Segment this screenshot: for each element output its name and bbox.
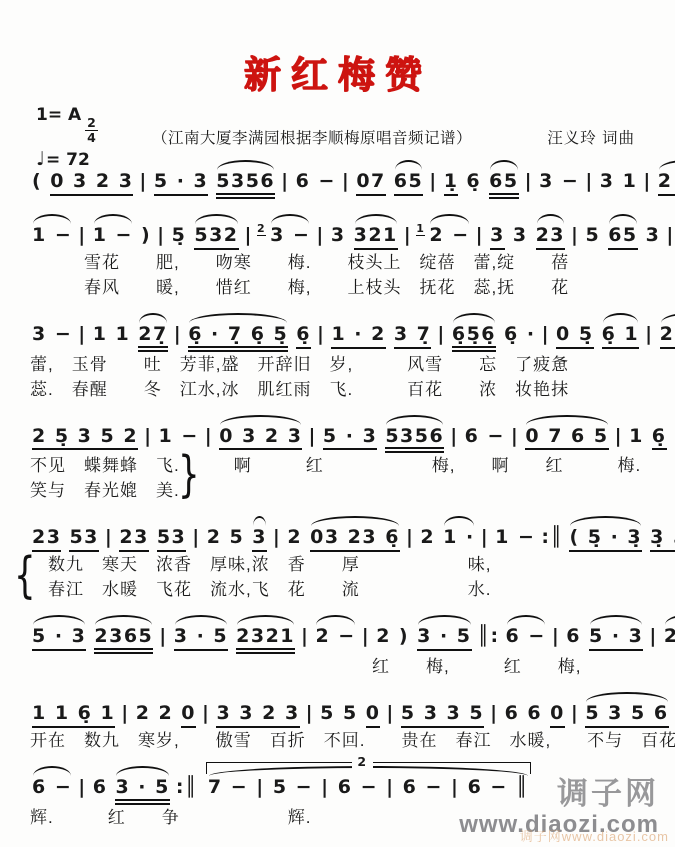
barline: :║ xyxy=(176,777,198,799)
lyric-line: 雪花 肥, 吻寒 梅. 枝头上 绽蓓 蕾,绽 蓓 xyxy=(30,250,667,275)
note-text: 3 · 5 xyxy=(115,777,169,805)
note-text: 3 − xyxy=(32,324,72,346)
slur-arc-icon xyxy=(355,214,397,224)
note-text: 27̣ xyxy=(138,324,167,352)
note-text: 3 xyxy=(331,225,346,247)
note-text: | xyxy=(406,527,414,549)
slur-arc-icon xyxy=(586,692,667,702)
note-text: 07 xyxy=(356,171,385,196)
note-group: 65 xyxy=(394,171,423,196)
note-text: 6̣ xyxy=(652,426,667,451)
slur-arc-icon xyxy=(430,214,468,224)
note-text: 532 xyxy=(194,225,238,250)
barline: | xyxy=(121,703,129,725)
note-group: 2 2 xyxy=(136,703,174,725)
note-group: ) xyxy=(141,225,151,247)
barline: | xyxy=(174,324,182,346)
barline: | xyxy=(525,171,533,193)
note-group: 53 xyxy=(69,527,98,552)
slur-arc-icon xyxy=(609,214,636,224)
slur-arc-icon xyxy=(570,516,641,526)
slur-arc-icon xyxy=(189,313,287,323)
note-text: 6̣5̣6̣ xyxy=(452,324,496,352)
note-group: 0 xyxy=(366,703,381,728)
note-text: 6 xyxy=(93,777,108,799)
note-text: | xyxy=(273,527,281,549)
note-group: 5356 xyxy=(216,171,275,199)
note-text: | xyxy=(437,324,445,346)
note-group: 532 xyxy=(194,225,238,250)
note-text: 6̣ xyxy=(296,324,311,349)
note-text: 1 − xyxy=(495,527,535,549)
note-group: 0 7 6 5 xyxy=(525,426,608,451)
music-system: 5 · 32365|3 · 52321|2 −|2)3 · 5║:6 −|65 … xyxy=(28,611,667,679)
note-group: 1 − xyxy=(32,225,72,247)
note-text: 2365 xyxy=(94,626,153,654)
note-group: 6 6 xyxy=(505,703,543,725)
note-text: 2 − xyxy=(664,626,675,648)
barline: | xyxy=(105,527,113,549)
note-text: | xyxy=(281,171,289,193)
note-text: | xyxy=(645,324,653,346)
note-text: 2 5̣ 3 5 2 xyxy=(32,426,138,451)
note-text: 3 7̣ xyxy=(394,324,432,349)
slur-arc-icon xyxy=(490,160,517,170)
slur-arc-icon xyxy=(453,313,495,323)
note-text: 3 xyxy=(252,527,267,552)
barline: ║: xyxy=(478,626,500,648)
lyric-line: 数九 寒天 浓香 厚味,浓 香 厚 味, xyxy=(30,552,667,577)
note-group: 0 xyxy=(181,703,196,728)
time-denominator: 4 xyxy=(85,131,98,145)
note-group: 6̣ xyxy=(466,171,481,193)
note-text: | xyxy=(552,626,560,648)
note-group: 27̣ xyxy=(138,324,167,352)
note-group: 2 · 3 xyxy=(660,324,675,349)
lyric-line: 春江 水暖 飞花 流水,飞 花 流 水. xyxy=(30,577,667,602)
music-system: (0 3 2 3|5 · 35356|6 −|0765|1̣6̣65|3 −|3… xyxy=(28,156,667,199)
note-text: 3 − xyxy=(539,171,579,193)
slur-arc-icon xyxy=(33,766,71,776)
barline: | xyxy=(144,426,152,448)
note-text: 23 xyxy=(536,225,565,250)
note-text: | xyxy=(649,626,657,648)
key-line: 1= A24 xyxy=(36,104,98,145)
note-group: 6 xyxy=(93,777,108,799)
note-group: 65 xyxy=(608,225,637,250)
note-text: 53 xyxy=(157,527,186,552)
slur-arc-icon xyxy=(95,615,152,625)
note-group: 0 3 2 3 xyxy=(219,426,302,451)
volta-number: 2 xyxy=(352,755,372,769)
note-text: 3 3 2 3 xyxy=(216,703,299,728)
note-group: 5356 xyxy=(385,426,444,454)
note-group: 2 xyxy=(420,527,435,549)
note-group: 6̣ · 7̣ 6̣ 5̣ xyxy=(188,324,288,352)
barline: | xyxy=(542,324,550,346)
note-text: | xyxy=(159,626,167,648)
note-text: | xyxy=(511,426,519,448)
note-text: 1̣ xyxy=(444,171,459,196)
note-text: 5̣ xyxy=(172,225,187,247)
barline: | xyxy=(316,225,324,247)
note-text: 5 · 3 xyxy=(32,626,86,651)
note-text: 5356 xyxy=(385,426,444,454)
note-text: | xyxy=(202,703,210,725)
note-group: ) xyxy=(399,626,409,648)
note-group: 23 xyxy=(32,527,61,552)
note-text: | xyxy=(245,225,253,247)
transcription-credit: （江南大厦李满园根据李顺梅原唱音频记谱） xyxy=(152,126,472,148)
note-group: 2 − xyxy=(664,626,675,648)
note-text: 3̣ 5̣ xyxy=(650,527,675,552)
note-group: 1 · 2 xyxy=(331,324,385,349)
note-group: 3 − xyxy=(32,324,72,346)
barline: | xyxy=(404,225,412,247)
barline: :║ xyxy=(541,527,563,549)
note-group: 2 xyxy=(287,527,302,549)
note-text: | xyxy=(308,426,316,448)
note-text: ) xyxy=(399,626,409,648)
barline: | xyxy=(281,171,289,193)
note-text: | xyxy=(157,225,165,247)
note-text: 0 xyxy=(181,703,196,728)
barline: | xyxy=(552,626,560,648)
note-text: 1 xyxy=(629,426,644,448)
note-text: 2 xyxy=(287,527,302,549)
barline: | xyxy=(157,225,165,247)
note-text: 2 xyxy=(207,527,222,549)
note-text: | xyxy=(78,777,86,799)
note-text: 2 xyxy=(257,223,266,237)
note-text: :║ xyxy=(541,527,563,549)
slur-arc-icon xyxy=(195,214,237,224)
slur-arc-icon xyxy=(271,214,309,224)
note-text: 5 xyxy=(229,527,244,549)
note-text: 3 · 5 xyxy=(174,626,228,651)
lyric-line: 蕾, 玉骨 吐 芳菲,盛 开辞旧 岁, 风雪 忘 了疲惫 xyxy=(30,352,667,377)
note-group: 3̣ 5̣ xyxy=(650,527,675,552)
note-text: 5 · 3 xyxy=(589,626,643,651)
barline: | xyxy=(615,426,623,448)
note-text: | xyxy=(571,703,579,725)
note-group: 1 − xyxy=(495,527,535,549)
note-group: 2 · 3 xyxy=(658,171,675,196)
slur-arc-icon xyxy=(590,615,642,625)
note-group: 2321 xyxy=(236,626,295,654)
barline: | xyxy=(386,703,394,725)
lyric-line: 蕊. 春醒 冬 江水,冰 肌红雨 飞. 百花 浓 妆艳抹 xyxy=(30,377,667,402)
slur-arc-icon xyxy=(220,415,301,425)
note-group: 5 3 3 5 xyxy=(401,703,484,728)
slur-arc-icon xyxy=(94,214,132,224)
note-group: 6̣ xyxy=(652,426,667,451)
note-group: 2365 xyxy=(94,626,153,654)
note-text: 2321 xyxy=(236,626,295,654)
barline: | xyxy=(450,426,458,448)
slur-arc-icon xyxy=(237,615,294,625)
note-text: | xyxy=(144,426,152,448)
slur-arc-icon xyxy=(386,415,443,425)
barline: | xyxy=(202,703,210,725)
note-text: 1 xyxy=(416,223,425,237)
note-text: | xyxy=(78,225,86,247)
note-text: 5 · 3 xyxy=(323,426,377,451)
note-group: 3 − xyxy=(270,225,310,247)
barline: | xyxy=(649,626,657,648)
note-group: 3 − xyxy=(539,171,579,193)
lyric-line: 春风 暖, 惜红 梅, 上枝头 抚花 蕊,抚 花 xyxy=(30,275,667,300)
music-system: 2 5̣ 3 5 2|1 −|0 3 2 3|5 · 35356|6 −|0 7… xyxy=(28,411,667,504)
watermark-ghost: 调子网www.diaozi.com xyxy=(520,826,669,845)
note-text: 1 − xyxy=(93,225,133,247)
note-group: 1 1 6̣ 1 xyxy=(32,703,115,728)
note-text: 65 xyxy=(394,171,423,196)
note-text: | xyxy=(386,703,394,725)
note-group: 2 − xyxy=(429,225,469,247)
slur-arc-icon xyxy=(139,313,166,323)
notation-line: 1 −|1 −)|5̣532|23 −|3321|12 −|3323|5653|… xyxy=(28,208,667,250)
note-group: 2 5̣ 3 5 2 xyxy=(32,426,138,451)
barline: | xyxy=(159,626,167,648)
note-group: 1 − xyxy=(93,225,133,247)
note-text: 6 − xyxy=(32,777,72,799)
note-text: 3 xyxy=(490,225,505,250)
slur-arc-icon xyxy=(444,516,474,526)
note-text: ( 5̣ · 3̣ xyxy=(569,527,642,552)
note-text: 3 1 xyxy=(600,171,638,193)
note-group: 5 xyxy=(585,225,600,247)
notation-line: 2353|2353|253|203 23 6̣|21 ·|1 −:║( 5̣ ·… xyxy=(28,512,667,552)
note-text: | xyxy=(317,324,325,346)
note-text: 1 1 6̣ 1 xyxy=(32,703,115,728)
barline: | xyxy=(481,527,489,549)
note-group: 07 xyxy=(356,171,385,196)
note-text: | xyxy=(105,527,113,549)
barline: | xyxy=(643,171,651,193)
grace-note: 2 xyxy=(257,223,266,237)
note-group: 1 · xyxy=(443,527,475,549)
watermark-site-name: 调子网 xyxy=(459,776,659,812)
note-text: 0 3 2 3 xyxy=(219,426,302,451)
note-group: 53 xyxy=(157,527,186,552)
note-text: | xyxy=(174,324,182,346)
note-group: 6 − xyxy=(465,426,505,448)
note-group: 1 − xyxy=(159,426,199,448)
note-text: 1 − xyxy=(32,225,72,247)
note-text: | xyxy=(404,225,412,247)
note-group: 1̣ xyxy=(444,171,459,196)
slur-arc-icon xyxy=(526,415,607,425)
note-group: 3 xyxy=(331,225,346,247)
music-system: 1 1 6̣ 1|2 20|3 3 2 3|5 50|5 3 3 5|6 60|… xyxy=(28,688,667,753)
barline: | xyxy=(78,777,86,799)
note-text: 5 · 3 xyxy=(154,171,208,196)
barline: | xyxy=(245,225,253,247)
note-text: 6 6 xyxy=(505,703,543,725)
note-text: | xyxy=(643,171,651,193)
note-group: 6̣5̣6̣ xyxy=(452,324,496,352)
slur-arc-icon xyxy=(175,615,227,625)
note-group: 5 5 xyxy=(320,703,358,725)
note-group: 5 · 3 xyxy=(323,426,377,451)
note-group: 2 − xyxy=(315,626,355,648)
note-text: | xyxy=(192,527,200,549)
note-group: 3 xyxy=(513,225,528,247)
sheet-music-page: 新红梅赞 1= A24 ♩= 72 （江南大厦李满园根据李顺梅原唱音频记谱） 汪… xyxy=(0,0,675,847)
note-text: | xyxy=(571,225,579,247)
lyric-brace: } xyxy=(178,446,200,504)
key-prefix: 1= A xyxy=(36,105,81,125)
note-text: 1 · 2 xyxy=(331,324,385,349)
note-text: | xyxy=(585,171,593,193)
slur-arc-icon xyxy=(603,313,639,323)
note-group: 2 xyxy=(376,626,391,648)
note-text: | xyxy=(542,324,550,346)
note-group: 3 · 5 xyxy=(174,626,228,651)
barline: | xyxy=(273,527,281,549)
barline: | xyxy=(317,324,325,346)
barline: | xyxy=(571,703,579,725)
time-numerator: 2 xyxy=(85,116,98,131)
note-group: 03 23 6̣ xyxy=(310,527,400,552)
slur-arc-icon xyxy=(661,313,675,323)
note-text: 0 3 2 3 xyxy=(50,171,133,196)
note-text: | xyxy=(301,626,309,648)
note-group: 6 − xyxy=(296,171,336,193)
note-text: 6̣ xyxy=(466,171,481,193)
note-text: 03 23 6̣ xyxy=(310,527,400,552)
barline: | xyxy=(585,171,593,193)
note-text: | xyxy=(121,703,129,725)
note-text: 53 xyxy=(69,527,98,552)
lyric-line: 红 梅, 红 梅, xyxy=(30,654,667,679)
note-group: 5 · 3 xyxy=(589,626,643,651)
note-group: 5 · 3 xyxy=(32,626,86,651)
score: (0 3 2 3|5 · 35356|6 −|0765|1̣6̣65|3 −|3… xyxy=(28,156,667,839)
note-text: ) xyxy=(141,225,151,247)
note-group: 6 − xyxy=(32,777,72,799)
barline: | xyxy=(78,225,86,247)
slur-arc-icon xyxy=(665,615,675,625)
note-text: 6 − xyxy=(506,626,546,648)
note-text: | xyxy=(476,225,484,247)
barline: | xyxy=(78,324,86,346)
notation-line: 5 · 32365|3 · 52321|2 −|2)3 · 5║:6 −|65 … xyxy=(28,611,667,654)
slur-arc-icon xyxy=(33,615,85,625)
note-group: 3 1 xyxy=(600,171,638,193)
note-group: 2 xyxy=(207,527,222,549)
note-text: 3 xyxy=(513,225,528,247)
note-text: 3 · 5 xyxy=(417,626,471,651)
note-group: 3 · 5 xyxy=(417,626,471,651)
barline: | xyxy=(476,225,484,247)
note-text: | xyxy=(342,171,350,193)
note-group: 5 · 3 xyxy=(154,171,208,196)
slur-arc-icon xyxy=(116,766,168,776)
notation-line: 1 1 6̣ 1|2 20|3 3 2 3|5 50|5 3 3 5|6 60|… xyxy=(28,688,667,728)
note-group: 3 3 2 3 xyxy=(216,703,299,728)
note-text: | xyxy=(481,527,489,549)
slur-arc-icon xyxy=(537,214,564,224)
notation-line: 3 −|1 127̣|6̣ · 7̣ 6̣ 5̣6̣|1 · 23 7̣|6̣5… xyxy=(28,309,667,352)
barline: | xyxy=(511,426,519,448)
time-signature: 24 xyxy=(85,116,98,145)
lyric-line: 不见 蝶舞蜂 飞. 啊 红 梅, 啊 红 梅. xyxy=(30,453,667,478)
barline: | xyxy=(308,426,316,448)
note-text: 6 − xyxy=(296,171,336,193)
song-title: 新红梅赞 xyxy=(0,44,675,98)
note-text: 2 − xyxy=(315,626,355,648)
note-group: 321 xyxy=(354,225,398,250)
note-group: 3 · 5 xyxy=(115,777,169,805)
slur-arc-icon xyxy=(253,516,266,526)
note-text: 2 − xyxy=(429,225,469,247)
note-text: 5 5 xyxy=(320,703,358,725)
note-group: 1 xyxy=(629,426,644,448)
note-group: 3 xyxy=(252,527,267,552)
note-group: ( xyxy=(32,171,42,193)
note-group: 5 xyxy=(229,527,244,549)
note-group: 5̣ xyxy=(172,225,187,247)
note-group: 23 xyxy=(119,527,148,552)
barline: | xyxy=(429,171,437,193)
lyric-brace: { xyxy=(14,547,36,605)
barline: | xyxy=(490,703,498,725)
note-text: | xyxy=(490,703,498,725)
note-text: 3 − xyxy=(270,225,310,247)
barline: | xyxy=(406,527,414,549)
note-group: 3 xyxy=(490,225,505,250)
note-text: 2 xyxy=(376,626,391,648)
note-text: 0 5̣ xyxy=(556,324,594,349)
note-text: 3 xyxy=(646,225,661,247)
note-text: 5 3 3 5 xyxy=(401,703,484,728)
barline: | xyxy=(301,626,309,648)
note-text: 23 xyxy=(32,527,61,552)
note-text: 1 − xyxy=(159,426,199,448)
note-text: 6̣ 1 xyxy=(602,324,640,349)
slur-arc-icon xyxy=(659,160,675,170)
note-text: 2 xyxy=(420,527,435,549)
barline: | xyxy=(192,527,200,549)
note-text: | xyxy=(666,225,674,247)
grace-note: 1 xyxy=(416,223,425,237)
slur-arc-icon xyxy=(316,615,354,625)
barline: | xyxy=(342,171,350,193)
note-text: | xyxy=(139,171,147,193)
barline: | xyxy=(362,626,370,648)
note-text: | xyxy=(78,324,86,346)
note-group: 6̣ xyxy=(296,324,311,349)
slur-arc-icon xyxy=(507,615,545,625)
note-text: | xyxy=(450,426,458,448)
note-text: 0 xyxy=(550,703,565,728)
note-text: 65 xyxy=(489,171,518,199)
note-text: 2 · 3 xyxy=(660,324,675,349)
note-text: 0 xyxy=(366,703,381,728)
note-group: 3 xyxy=(646,225,661,247)
note-group: 6̣ · xyxy=(504,324,536,346)
note-text: 0 7 6 5 xyxy=(525,426,608,451)
note-group: 23 xyxy=(536,225,565,250)
slur-arc-icon xyxy=(33,214,71,224)
note-text: 5356 xyxy=(216,171,275,199)
barline: | xyxy=(645,324,653,346)
barline: | xyxy=(306,703,314,725)
note-text: ║: xyxy=(478,626,500,648)
slur-arc-icon xyxy=(311,516,399,526)
